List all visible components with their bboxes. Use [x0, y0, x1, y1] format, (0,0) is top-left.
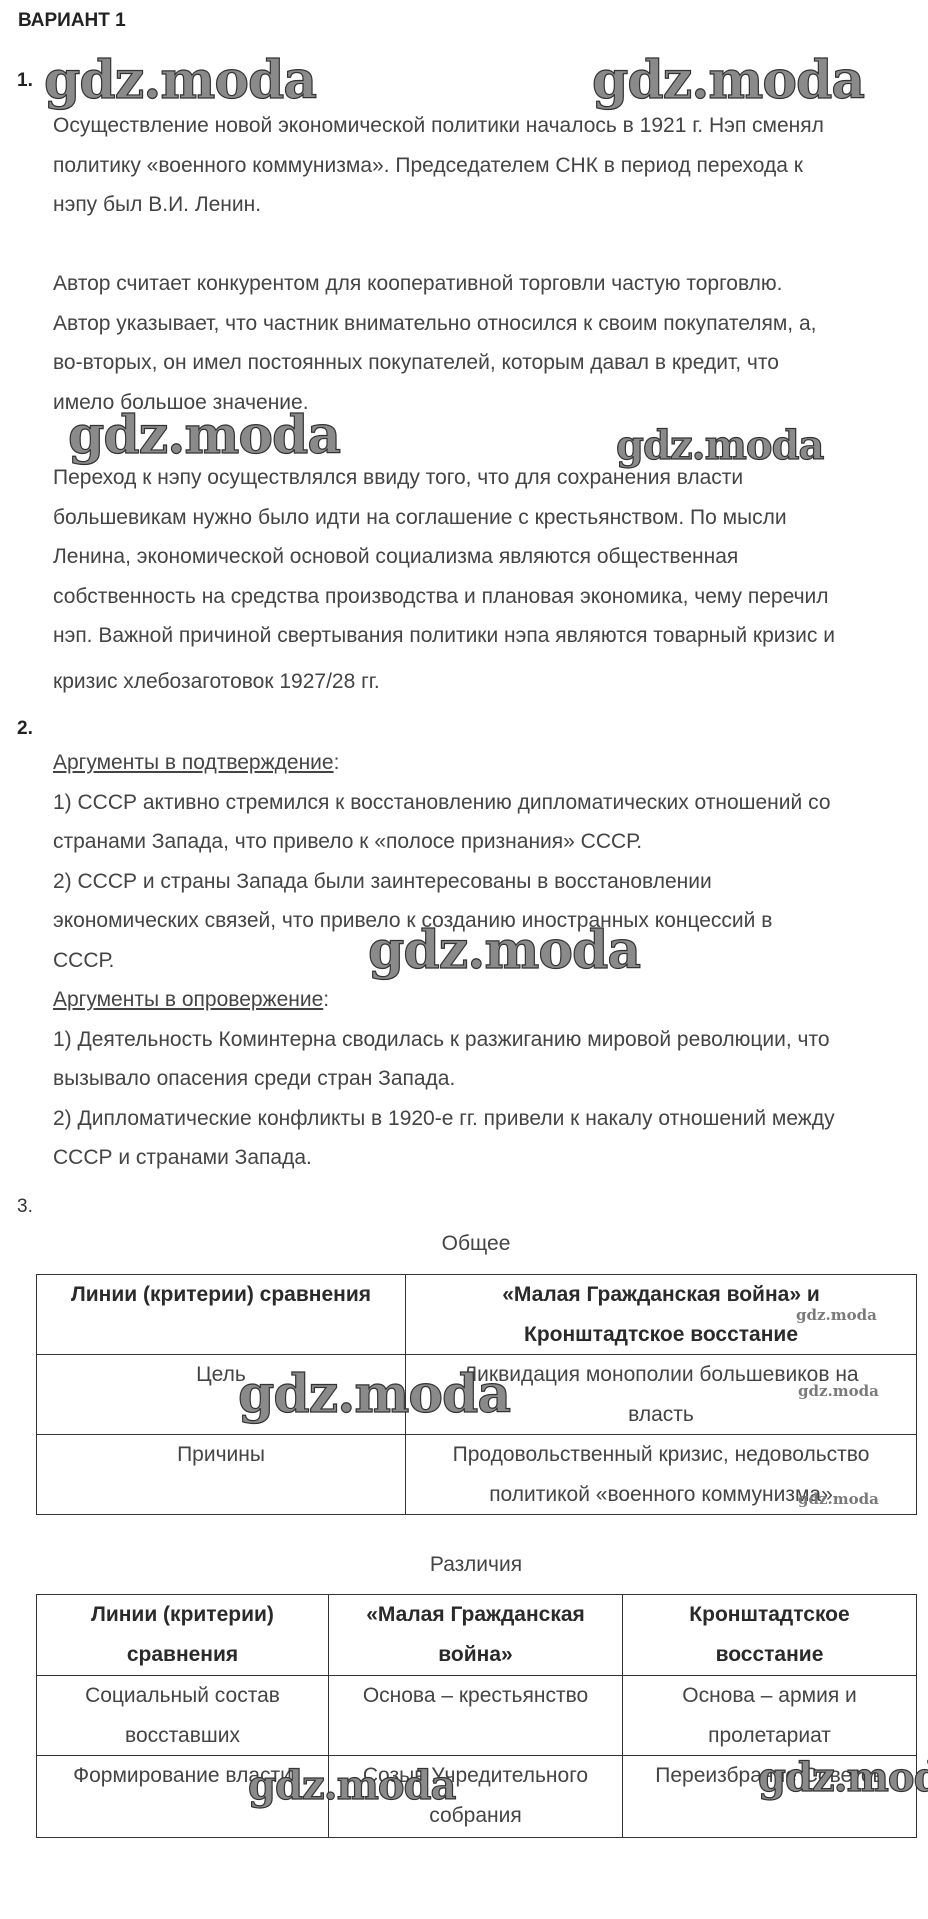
- table-cell: Основа – крестьянство: [329, 1676, 623, 1756]
- text-line: 1) Деятельность Коминтерна сводилась к р…: [53, 1020, 923, 1060]
- text-line: вызывало опасения среди стран Запада.: [53, 1059, 923, 1099]
- text-line: Ленина, экономической основой социализма…: [53, 537, 923, 577]
- table-cell: Созыв Учредительного собрания: [329, 1756, 623, 1838]
- header-cell: «Малая Гражданская война» и Кронштадтско…: [406, 1275, 917, 1355]
- text-line: СССР и странами Запада.: [53, 1138, 923, 1178]
- text-line: нэпу был В.И. Ленин.: [53, 185, 923, 225]
- table-row: Цель Ликвидация монополии большевиков на…: [37, 1355, 917, 1435]
- text-line: 2) Дипломатические конфликты в 1920-е гг…: [53, 1099, 923, 1139]
- differences-table: Линии (критерии) сравнения «Малая Гражда…: [36, 1594, 917, 1838]
- text-line: 1) СССР активно стремился к восстановлен…: [53, 783, 923, 823]
- common-table-caption: Общее: [36, 1232, 916, 1256]
- text-line: нэп. Важной причиной свертывания политик…: [53, 616, 923, 656]
- text-line: странами Запада, что привело к «полосе п…: [53, 822, 923, 862]
- q1-paragraph-2: Автор считает конкурентом для кооператив…: [53, 264, 923, 422]
- text-line: во-вторых, он имел постоянных покупателе…: [53, 343, 923, 383]
- header-cell: Линии (критерии) сравнения: [37, 1275, 406, 1355]
- header-cell: Кронштадтское восстание: [623, 1595, 917, 1676]
- colon: :: [323, 988, 329, 1011]
- table-cell: Социальный состав восставших: [37, 1676, 329, 1756]
- header-cell: Линии (критерии) сравнения: [37, 1595, 329, 1676]
- colon: :: [334, 751, 340, 774]
- text-line: Автор указывает, что частник внимательно…: [53, 304, 923, 344]
- text-line: Автор считает конкурентом для кооператив…: [53, 264, 923, 304]
- table-cell: Причины: [37, 1435, 406, 1515]
- con-heading-text: Аргументы в опровержение: [53, 988, 323, 1011]
- table-header-row: Линии (критерии) сравнения «Малая Гражда…: [37, 1595, 917, 1676]
- con-heading: Аргументы в опровержение:: [53, 980, 923, 1020]
- header-cell: «Малая Гражданская война»: [329, 1595, 623, 1676]
- q1-paragraph-3: Переход к нэпу осуществлялся ввиду того,…: [53, 458, 923, 701]
- text-line: имело большое значение.: [53, 383, 923, 423]
- watermark-logo: gdz.moda: [44, 50, 316, 111]
- common-table: Линии (критерии) сравнения «Малая Гражда…: [36, 1274, 917, 1515]
- text-line: политику «военного коммунизма». Председа…: [53, 146, 923, 186]
- q2-pro-block: Аргументы в подтверждение: 1) СССР актив…: [53, 743, 923, 1178]
- q1-paragraph-1: Осуществление новой экономической полити…: [53, 106, 923, 225]
- differences-table-caption: Различия: [36, 1553, 916, 1577]
- text-line: большевикам нужно было идти на соглашени…: [53, 498, 923, 538]
- text-line: собственность на средства производства и…: [53, 577, 923, 617]
- table-cell: Формирование власти: [37, 1756, 329, 1838]
- question-2-number: 2.: [17, 718, 33, 740]
- table-cell: Ликвидация монополии большевиков на влас…: [406, 1355, 917, 1435]
- text-line: Осуществление новой экономической полити…: [53, 106, 923, 146]
- text-line: кризис хлебозаготовок 1927/28 гг.: [53, 662, 923, 702]
- pro-heading: Аргументы в подтверждение:: [53, 743, 923, 783]
- table-cell: Продовольственный кризис, недовольство п…: [406, 1435, 917, 1515]
- watermark-logo: gdz.moda: [592, 50, 864, 111]
- question-1-number: 1.: [17, 70, 33, 92]
- text-line: экономических связей, что привело к созд…: [53, 901, 923, 941]
- text-line: СССР.: [53, 941, 923, 981]
- table-cell: Цель: [37, 1355, 406, 1435]
- question-3-number: 3.: [17, 1196, 33, 1218]
- text-line: 2) СССР и страны Запада были заинтересов…: [53, 862, 923, 902]
- text-line: Переход к нэпу осуществлялся ввиду того,…: [53, 458, 923, 498]
- table-row: Социальный состав восставших Основа – кр…: [37, 1676, 917, 1756]
- table-row: Формирование власти Созыв Учредительного…: [37, 1756, 917, 1838]
- table-header-row: Линии (критерии) сравнения «Малая Гражда…: [37, 1275, 917, 1355]
- table-cell: Основа – армия и пролетариат: [623, 1676, 917, 1756]
- pro-heading-text: Аргументы в подтверждение: [53, 751, 334, 774]
- table-row: Причины Продовольственный кризис, недово…: [37, 1435, 917, 1515]
- table-cell: Переизбрание Советов: [623, 1756, 917, 1838]
- variant-title: ВАРИАНТ 1: [18, 10, 126, 32]
